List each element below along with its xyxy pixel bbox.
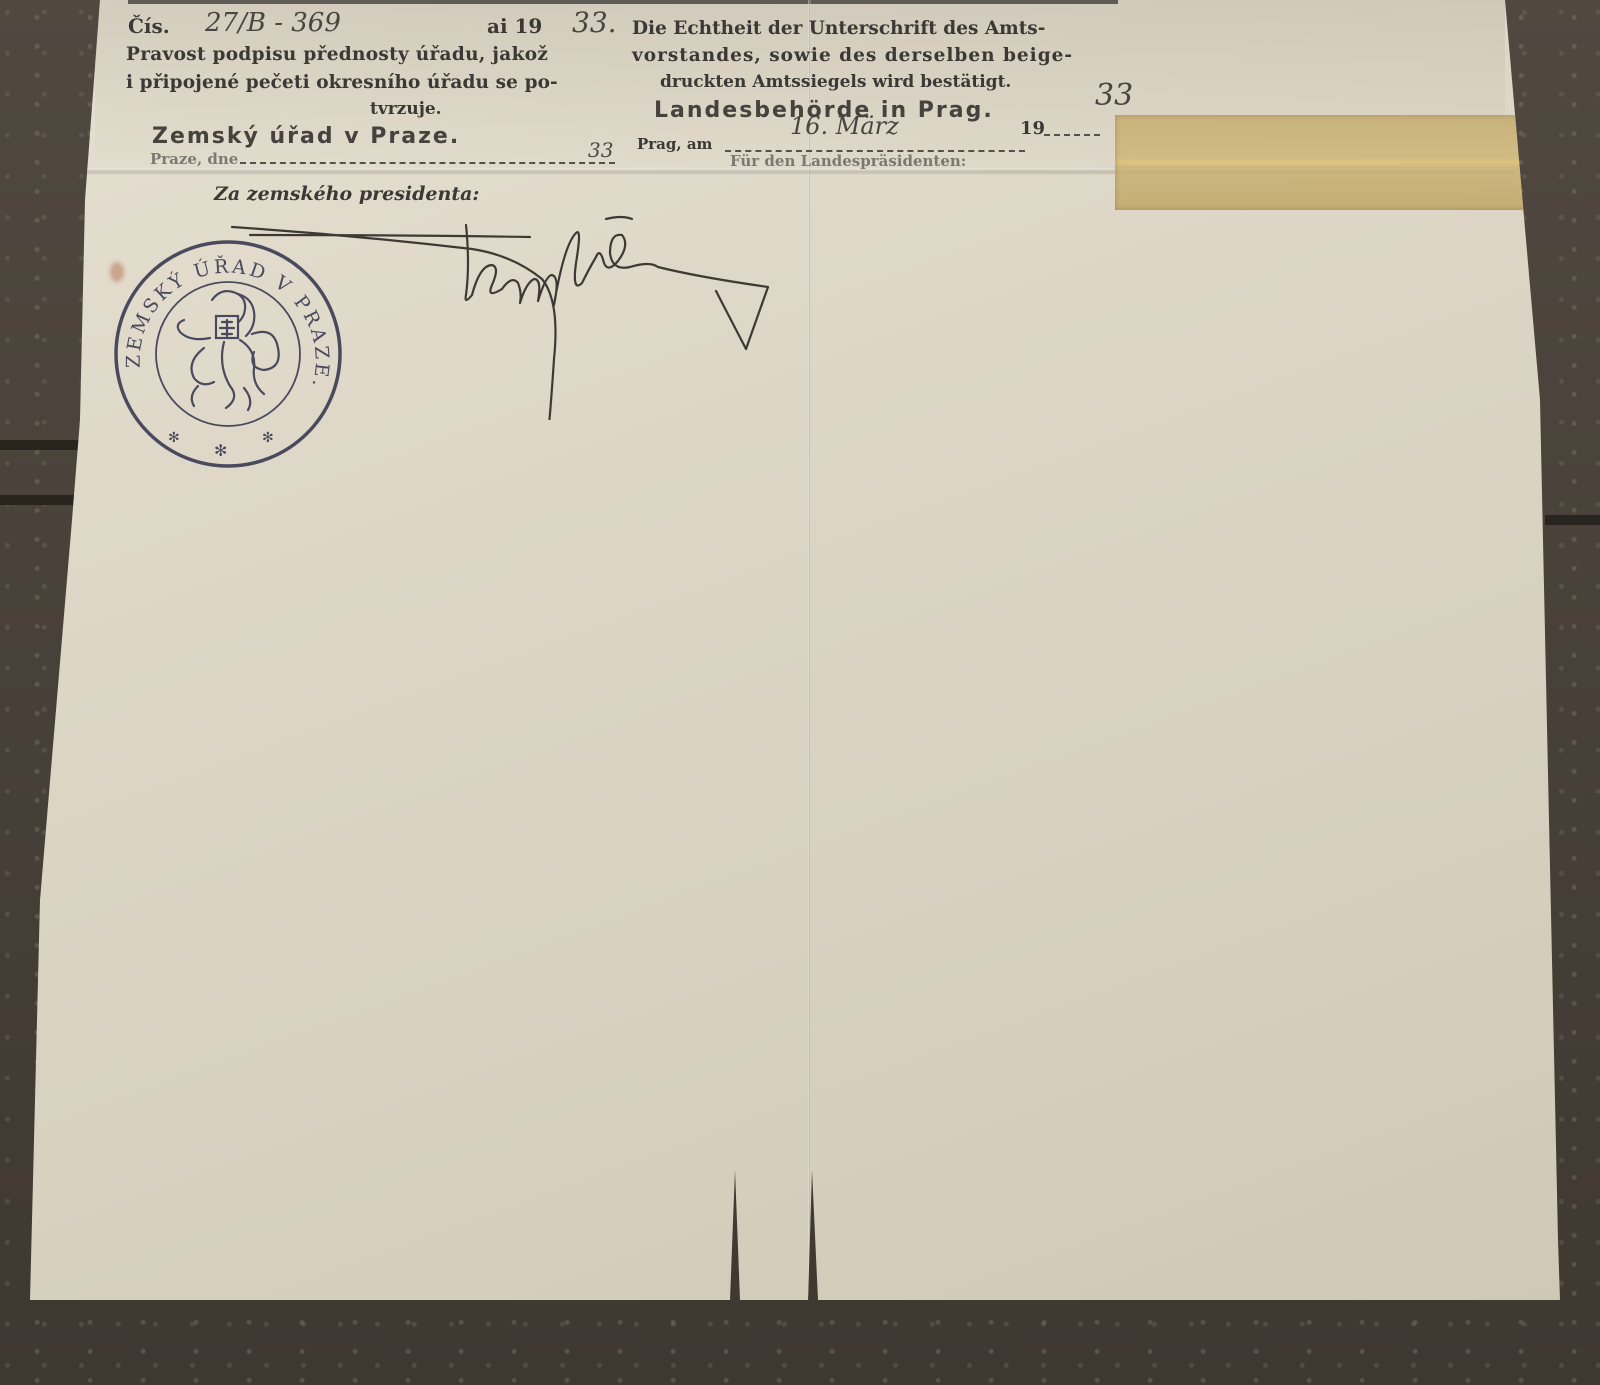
czech-office-stamp: Zemský úřad v Praze. <box>152 124 460 149</box>
czech-text-line-3: tvrzuje. <box>370 99 442 119</box>
czech-date-handwritten: 33 <box>588 138 613 162</box>
year-prefix: ai 19 <box>487 14 542 38</box>
vertical-fold <box>808 0 811 1300</box>
german-text-line-2: vorstandes, sowie des derselben beige- <box>632 45 1073 66</box>
german-text-line-3: druckten Amtssiegels wird bestätigt. <box>660 72 1011 92</box>
german-text-line-1: Die Echtheit der Unterschrift des Amts- <box>632 18 1045 39</box>
german-year-handwritten: 33 <box>1095 78 1133 113</box>
czech-text-line-2: i připojené pečeti okresního úřadu se po… <box>126 72 558 93</box>
svg-text:✻: ✻ <box>214 441 227 460</box>
reference-number: 27/B - 369 <box>205 8 341 38</box>
number-label: Čís. <box>128 14 170 38</box>
pavement-seam <box>1545 515 1600 525</box>
german-date-handwritten: 16. März <box>790 112 899 140</box>
german-year-prefix: 19 <box>1020 118 1045 139</box>
adhesive-tape <box>1115 115 1530 210</box>
german-place-date-label: Prag, am <box>637 135 712 153</box>
czech-date-line <box>240 162 615 164</box>
german-for-president: Für den Landespräsidenten: <box>730 152 966 170</box>
german-year-line <box>1044 134 1100 136</box>
czech-place-date-label: Praze, dne <box>150 150 238 168</box>
czech-for-president: Za zemského presidenta: <box>214 183 479 205</box>
top-rule <box>128 0 1118 4</box>
year-handwritten: 33. <box>572 6 617 39</box>
svg-text:✻: ✻ <box>168 430 180 446</box>
czech-text-line-1: Pravost podpisu přednosty úřadu, jakož <box>126 44 548 65</box>
handwritten-signature <box>210 205 970 420</box>
document-page: Čís. 27/B - 369 ai 19 33. Pravost podpis… <box>0 0 1600 1385</box>
svg-text:✻: ✻ <box>262 430 274 446</box>
